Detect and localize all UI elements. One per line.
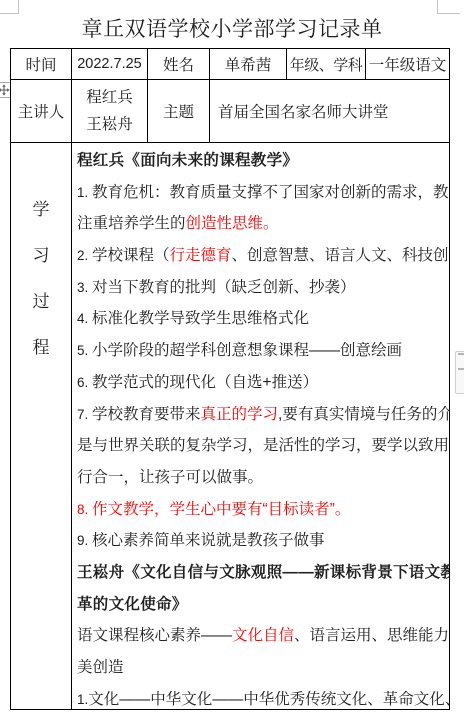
table-row-process: 学习过程 程红兵《面向未来的课程教学》1. 教育危机：教育质量支撑不了国家对创新… [11, 143, 449, 709]
content-line: 是与世界关联的复杂学习，是活性的学习，要学以致用、知 [77, 430, 449, 462]
content-segment: ,要有真实情境与任务的介入， [278, 406, 449, 423]
content-line: 4. 标准化教学导致学生思维格式化 [77, 303, 449, 335]
page-corner-mark-right [437, 0, 460, 14]
content-line: 9. 核心素养简单来说就是教孩子做事 [77, 525, 449, 557]
content-segment: 、创意智慧、语言人文、科技创新等） [232, 247, 449, 264]
process-label-vertical: 学习过程 [11, 195, 71, 358]
content-segment: 学校教育要带来 [92, 406, 201, 423]
speaker-label: 主讲人 [18, 100, 65, 122]
table-row-speaker: 主讲人 程红兵 王崧舟 主题 首届全国名家名师大讲堂 [11, 80, 449, 143]
content-line: 行合一，让孩子可以做事。 [77, 462, 449, 494]
content-line: 7. 学校教育要带来真正的学习,要有真实情境与任务的介入， [77, 399, 449, 431]
content-line: 革的文化使命》 [77, 589, 449, 621]
content-segment: 革的文化使命》 [77, 596, 188, 613]
time-value: 2022.7.25 [77, 56, 142, 72]
content-segment: 程红兵《面向未来的课程教学》 [77, 152, 298, 169]
content-segment: 教育危机：教育质量支撑不了国家对创新的需求，教学要 [92, 184, 449, 201]
content-segment: 美创造 [77, 659, 124, 676]
name-label-cell: 姓名 [148, 49, 210, 79]
content-segment: 5. [77, 343, 92, 358]
name-value-cell[interactable]: 单希茜 [210, 49, 287, 79]
time-label-cell: 时间 [11, 49, 72, 79]
content-line: 王崧舟《文化自信与文脉观照——新课标背景下语文教学变 [77, 557, 449, 589]
page-title[interactable]: 章丘双语学校小学部学习记录单 [0, 13, 464, 43]
process-label-char: 过 [33, 287, 50, 312]
content-segment: 8. [77, 502, 92, 517]
content-segment: 小学阶段的超学科创意想象课程——创意绘画 [92, 342, 402, 359]
content-segment: 7. [77, 407, 92, 422]
topic-label: 主题 [163, 100, 194, 122]
content-segment: 文化自信 [232, 627, 294, 644]
content-segment: 文化——中华文化——中华优秀传统文化、革命文化、社 [88, 691, 449, 708]
process-content-cell[interactable]: 程红兵《面向未来的课程教学》1. 教育危机：教育质量支撑不了国家对创新的需求，教… [72, 143, 449, 709]
content-segment: 教学范式的现代化（自选+推送） [92, 374, 318, 391]
grade-label-cell: 年级、学科 [287, 49, 366, 79]
process-label-char: 学 [33, 195, 50, 220]
content-segment: 注重培养学生的 [77, 215, 186, 232]
content-segment: 语文课程核心素养—— [77, 627, 232, 644]
content-segment: 是与世界关联的复杂学习，是活性的学习，要学以致用、知 [77, 437, 449, 454]
content-line: 1. 教育危机：教育质量支撑不了国家对创新的需求，教学要 [77, 177, 449, 209]
content-segment: 行走德育 [170, 247, 232, 264]
content-line: 8. 作文教学，学生心中要有“目标读者”。 [77, 494, 449, 526]
name-label: 姓名 [163, 53, 194, 75]
content-segment: 行合一，让孩子可以做事。 [77, 469, 263, 486]
content-segment: 2. [77, 248, 92, 263]
topic-label-cell: 主题 [148, 80, 210, 142]
topic-value-cell[interactable]: 首届全国名家名师大讲堂 [210, 80, 449, 142]
content-segment: 王崧舟《文化自信与文脉观照——新课标背景下语文教学变 [77, 564, 449, 581]
process-label-char: 程 [33, 333, 50, 358]
content-line: 5. 小学阶段的超学科创意想象课程——创意绘画 [77, 335, 449, 367]
content-segment: 、语言运用、思维能力、审 [294, 627, 449, 644]
record-table: 时间 2022.7.25 姓名 单希茜 年级、学科 一年级语文 主讲人 [10, 48, 450, 710]
content-segment: 6. [77, 375, 92, 390]
content-line: 1.文化——中华文化——中华优秀传统文化、革命文化、社 [77, 684, 449, 709]
speaker-value-cell[interactable]: 程红兵 王崧舟 [72, 80, 148, 142]
table-row-info: 时间 2022.7.25 姓名 单希茜 年级、学科 一年级语文 [11, 49, 449, 80]
scrollbar-tick [458, 368, 464, 370]
scrollbar-fragment[interactable] [455, 351, 464, 394]
process-label-cell: 学习过程 [11, 143, 72, 709]
content-line: 语文课程核心素养——文化自信、语言运用、思维能力、审 [77, 620, 449, 652]
content-line: 6. 教学范式的现代化（自选+推送） [77, 367, 449, 399]
speaker-name-1: 程红兵 [86, 84, 133, 111]
grade-value: 一年级语文 [369, 53, 447, 75]
content-segment: 3. [77, 280, 92, 295]
content-line: 程红兵《面向未来的课程教学》 [77, 145, 449, 177]
page-corner-mark-left [0, 0, 19, 14]
speaker-names: 程红兵 王崧舟 [86, 84, 133, 138]
content-lines: 程红兵《面向未来的课程教学》1. 教育危机：教育质量支撑不了国家对创新的需求，教… [77, 145, 449, 709]
content-line: 2. 学校课程（行走德育、创意智慧、语言人文、科技创新等） [77, 240, 449, 272]
content-segment: 1. [77, 185, 92, 200]
name-value: 单希茜 [225, 53, 272, 75]
content-line: 美创造 [77, 652, 449, 684]
content-segment: 对当下教育的批判（缺乏创新、抄袭） [92, 279, 356, 296]
grade-value-cell[interactable]: 一年级语文 [366, 49, 449, 79]
time-label: 时间 [25, 53, 56, 75]
content-segment: 作文教学，学生心中要有“目标读者”。 [92, 501, 350, 518]
document-page: 章丘双语学校小学部学习记录单 时间 2022.7.25 姓名 单希茜 年级、学科 [0, 0, 464, 719]
content-segment: 9. [77, 533, 92, 548]
process-label-char: 习 [33, 241, 50, 266]
speaker-label-cell: 主讲人 [11, 80, 72, 142]
content-line: 注重培养学生的创造性思维。 [77, 208, 449, 240]
topic-value: 首届全国名家名师大讲堂 [218, 100, 389, 122]
grade-label: 年级、学科 [290, 54, 363, 75]
move-arrows-icon [0, 84, 10, 96]
time-value-cell[interactable]: 2022.7.25 [72, 49, 148, 79]
content-segment: 4. [77, 311, 92, 326]
content-segment: 学校课程（ [92, 247, 170, 264]
content-line: 3. 对当下教育的批判（缺乏创新、抄袭） [77, 272, 449, 304]
content-segment: 真正的学习 [201, 406, 279, 423]
scrollbar-tick [458, 353, 464, 355]
content-segment: 标准化教学导致学生思维格式化 [92, 310, 309, 327]
content-segment: 创造性思维。 [186, 215, 279, 232]
speaker-name-2: 王崧舟 [86, 111, 133, 138]
content-segment: 1. [77, 692, 88, 707]
content-segment: 核心素养简单来说就是教孩子做事 [92, 532, 325, 549]
